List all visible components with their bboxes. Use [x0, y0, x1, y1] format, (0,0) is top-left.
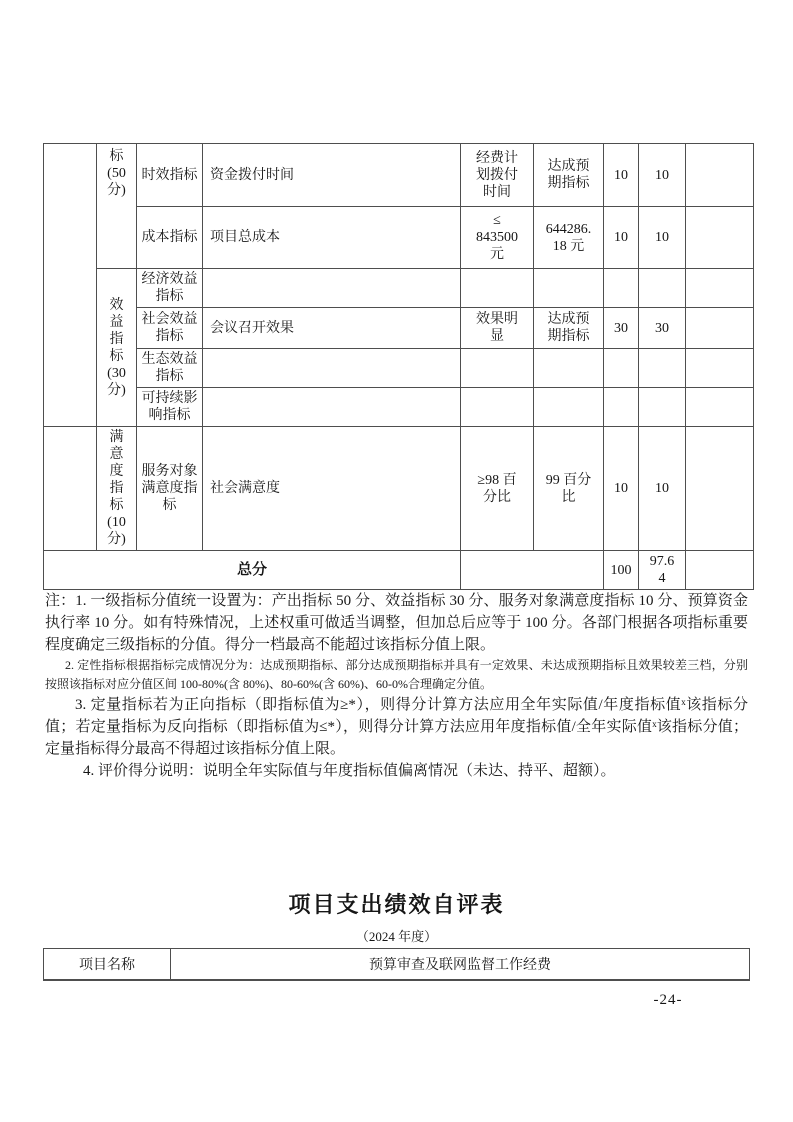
total-points-cell: 100: [604, 551, 639, 590]
indicator-name-cell: 成本指标: [137, 207, 203, 269]
indicator-content-cell: [203, 269, 461, 308]
table-row: 满 意 度 指 标 (10 分) 服务对象 满意度指 标 社会满意度 ≥98 百…: [44, 427, 754, 551]
target-value-cell: [461, 349, 534, 388]
form-title: 项目支出绩效自评表: [0, 888, 793, 919]
points-cell: 10: [604, 207, 639, 269]
indicator-name-cell: 可持续影 响指标: [137, 388, 203, 427]
actual-value-cell: [534, 269, 604, 308]
indicator-content-cell: 项目总成本: [203, 207, 461, 269]
project-name-table: 项目名称 预算审查及联网监督工作经费: [43, 948, 750, 981]
actual-value-cell: 99 百分 比: [534, 427, 604, 551]
indicator-name-cell: 时效指标: [137, 144, 203, 207]
indicator-name-cell: 社会效益 指标: [137, 308, 203, 349]
actual-value-cell: 644286. 18 元: [534, 207, 604, 269]
total-score-cell: 97.6 4: [639, 551, 686, 590]
actual-value-cell: 达成预 期指标: [534, 144, 604, 207]
title-block: 项目支出绩效自评表 （2024 年度）: [0, 888, 793, 945]
note-3: 3. 定量指标若为正向指标（即指标值为≥*），则得分计算方法应用全年实际值/年度…: [45, 694, 748, 760]
total-row: 总分 100 97.6 4: [44, 551, 754, 590]
remark-cell: [686, 427, 754, 551]
score-cell: [639, 388, 686, 427]
actual-value-cell: 达成预 期指标: [534, 308, 604, 349]
table-row: 生态效益 指标: [44, 349, 754, 388]
indicator-content-cell: 资金拨付时间: [203, 144, 461, 207]
note-1: 注：1. 一级指标分值统一设置为：产出指标 50 分、效益指标 30 分、服务对…: [45, 590, 748, 656]
left-group-cell: [44, 427, 97, 551]
remark-cell: [686, 308, 754, 349]
remark-cell: [686, 388, 754, 427]
score-cell: 10: [639, 207, 686, 269]
remark-cell: [686, 349, 754, 388]
points-cell: [604, 269, 639, 308]
notes-block: 注：1. 一级指标分值统一设置为：产出指标 50 分、效益指标 30 分、服务对…: [45, 590, 748, 782]
document-page: 标 (50 分) 时效指标 资金拨付时间 经费计 划拨付 时间 达成预 期指标 …: [0, 0, 793, 1122]
table-row: 社会效益 指标 会议召开效果 效果明 显 达成预 期指标 30 30: [44, 308, 754, 349]
target-value-cell: [461, 388, 534, 427]
project-name-label-cell: 项目名称: [44, 949, 171, 981]
table-row: 效 益 指 标 (30 分) 经济效益 指标: [44, 269, 754, 308]
table-row: 成本指标 项目总成本 ≤ 843500 元 644286. 18 元 10 10: [44, 207, 754, 269]
left-group-cell: [44, 144, 97, 427]
points-cell: [604, 349, 639, 388]
remark-cell: [686, 207, 754, 269]
score-cell: 10: [639, 427, 686, 551]
note-2: 2. 定性指标根据指标完成情况分为：达成预期指标、部分达成预期指标并具有一定效果…: [45, 656, 748, 694]
page-number: -24-: [608, 992, 728, 1009]
target-value-cell: ≥98 百 分比: [461, 427, 534, 551]
table-row: 标 (50 分) 时效指标 资金拨付时间 经费计 划拨付 时间 达成预 期指标 …: [44, 144, 754, 207]
group-label-output: 标 (50 分): [97, 144, 137, 269]
table-row: 项目名称 预算审查及联网监督工作经费: [44, 949, 750, 981]
indicator-content-cell: [203, 388, 461, 427]
indicator-name-cell: 生态效益 指标: [137, 349, 203, 388]
points-cell: [604, 388, 639, 427]
indicator-content-cell: 会议召开效果: [203, 308, 461, 349]
note-4: 4. 评价得分说明：说明全年实际值与年度指标值偏离情况（未达、持平、超额）。: [45, 760, 748, 782]
total-spacer-cell: [461, 551, 604, 590]
score-cell: 10: [639, 144, 686, 207]
target-value-cell: [461, 269, 534, 308]
indicator-name-cell: 服务对象 满意度指 标: [137, 427, 203, 551]
indicator-content-cell: 社会满意度: [203, 427, 461, 551]
target-value-cell: 效果明 显: [461, 308, 534, 349]
actual-value-cell: [534, 388, 604, 427]
score-cell: 30: [639, 308, 686, 349]
points-cell: 10: [604, 427, 639, 551]
remark-cell: [686, 269, 754, 308]
score-cell: [639, 269, 686, 308]
remark-cell: [686, 144, 754, 207]
table-row: 可持续影 响指标: [44, 388, 754, 427]
indicator-name-cell: 经济效益 指标: [137, 269, 203, 308]
group-label-benefit: 效 益 指 标 (30 分): [97, 269, 137, 427]
points-cell: 30: [604, 308, 639, 349]
target-value-cell: 经费计 划拨付 时间: [461, 144, 534, 207]
score-cell: [639, 349, 686, 388]
target-value-cell: ≤ 843500 元: [461, 207, 534, 269]
actual-value-cell: [534, 349, 604, 388]
form-subtitle: （2024 年度）: [0, 926, 793, 945]
score-table: 标 (50 分) 时效指标 资金拨付时间 经费计 划拨付 时间 达成预 期指标 …: [43, 143, 754, 590]
total-label-cell: 总分: [44, 551, 461, 590]
remark-cell: [686, 551, 754, 590]
group-label-satisfaction: 满 意 度 指 标 (10 分): [97, 427, 137, 551]
points-cell: 10: [604, 144, 639, 207]
project-name-value-cell: 预算审查及联网监督工作经费: [171, 949, 750, 981]
indicator-content-cell: [203, 349, 461, 388]
